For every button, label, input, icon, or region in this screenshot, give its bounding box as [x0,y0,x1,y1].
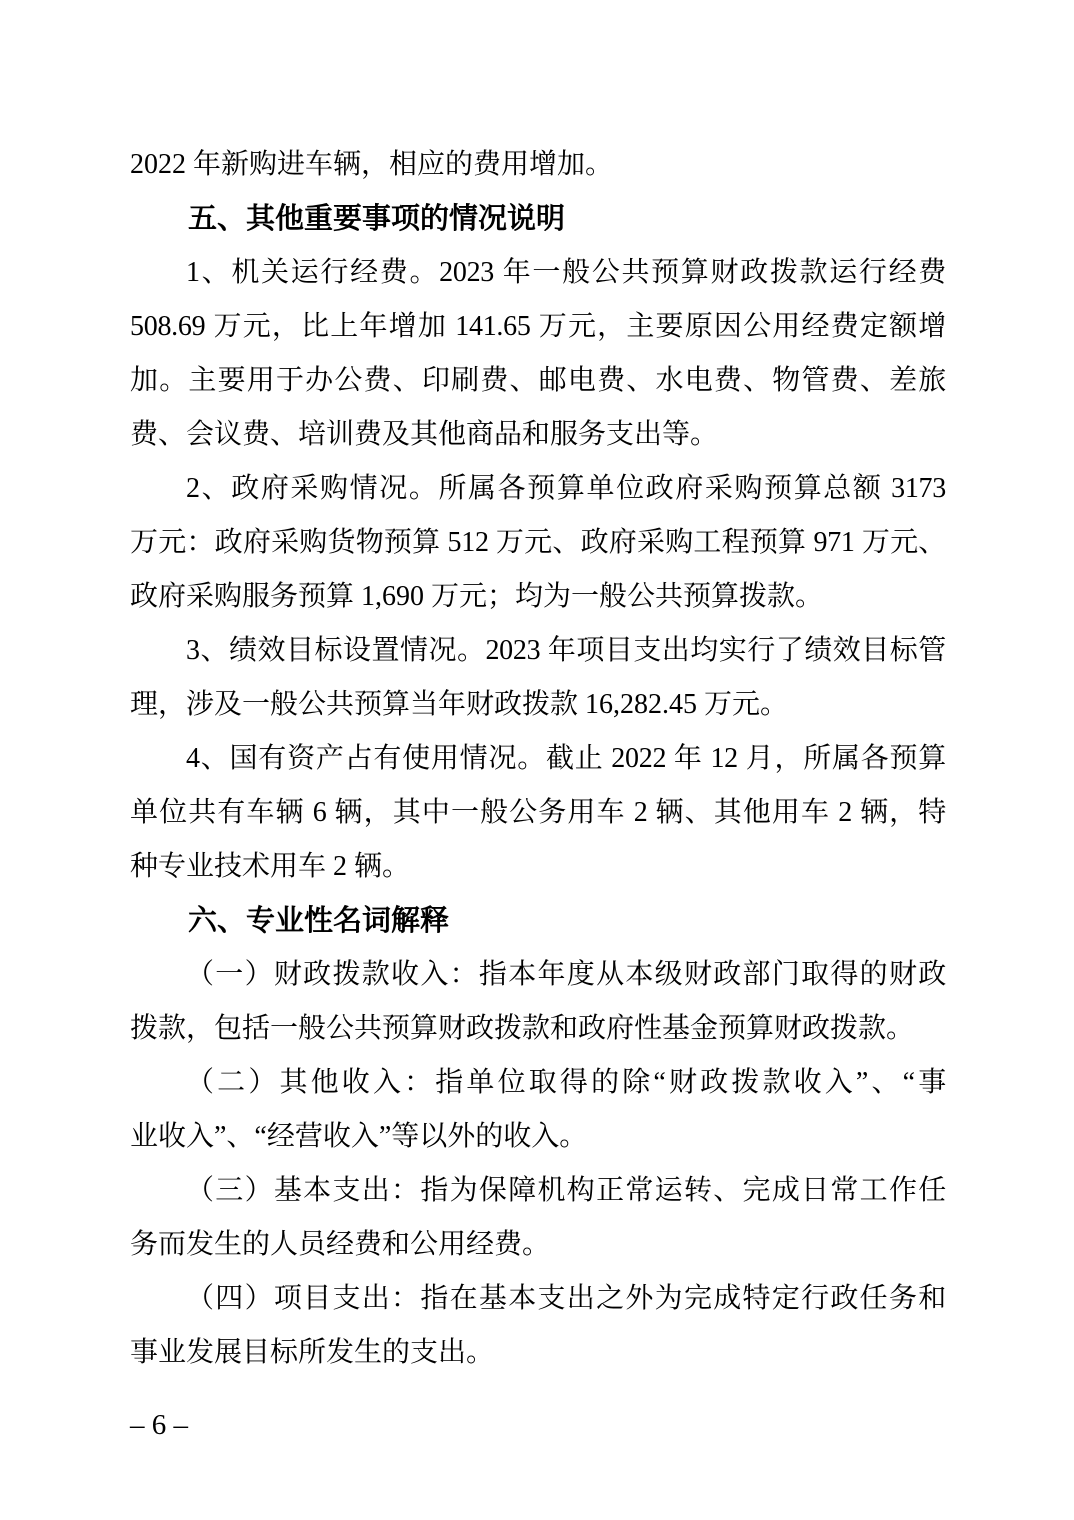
page-number: – 6 – [130,1398,188,1452]
body-text-line: 事业发展目标所发生的支出。 [130,1326,946,1380]
body-text-line: 加。主要用于办公费、印刷费、邮电费、水电费、物管费、差旅 [130,354,946,408]
body-text-line: 务而发生的人员经费和公用经费。 [130,1218,946,1272]
body-text-line: 3、绩效目标设置情况。2023 年项目支出均实行了绩效目标管 [130,624,946,678]
body-text-line: 2、政府采购情况。所属各预算单位政府采购预算总额 3173 [130,462,946,516]
body-text-line: （一）财政拨款收入：指本年度从本级财政部门取得的财政 [130,948,946,1002]
body-text-line: 2022 年新购进车辆，相应的费用增加。 [130,138,946,192]
body-text-line: 单位共有车辆 6 辆，其中一般公务用车 2 辆、其他用车 2 辆，特 [130,786,946,840]
body-text-line: 费、会议费、培训费及其他商品和服务支出等。 [130,408,946,462]
body-text-line: （二）其他收入：指单位取得的除“财政拨款收入”、“事 [130,1056,946,1110]
section-heading-5: 五、其他重要事项的情况说明 [130,192,946,246]
document-page: 2022 年新购进车辆，相应的费用增加。 五、其他重要事项的情况说明 1、机关运… [0,0,1074,1520]
body-text-line: 508.69 万元，比上年增加 141.65 万元，主要原因公用经费定额增 [130,300,946,354]
section-heading-6: 六、专业性名词解释 [130,894,946,948]
body-text-line: （四）项目支出：指在基本支出之外为完成特定行政任务和 [130,1272,946,1326]
body-text-line: 1、机关运行经费。2023 年一般公共预算财政拨款运行经费 [130,246,946,300]
body-text-line: （三）基本支出：指为保障机构正常运转、完成日常工作任 [130,1164,946,1218]
body-text-line: 业收入”、“经营收入”等以外的收入。 [130,1110,946,1164]
body-text-line: 政府采购服务预算 1,690 万元；均为一般公共预算拨款。 [130,570,946,624]
body-text-line: 拨款，包括一般公共预算财政拨款和政府性基金预算财政拨款。 [130,1002,946,1056]
body-text-line: 4、国有资产占有使用情况。截止 2022 年 12 月，所属各预算 [130,732,946,786]
document-body: 2022 年新购进车辆，相应的费用增加。 五、其他重要事项的情况说明 1、机关运… [130,138,946,1380]
body-text-line: 种专业技术用车 2 辆。 [130,840,946,894]
body-text-line: 理，涉及一般公共预算当年财政拨款 16,282.45 万元。 [130,678,946,732]
body-text-line: 万元：政府采购货物预算 512 万元、政府采购工程预算 971 万元、 [130,516,946,570]
